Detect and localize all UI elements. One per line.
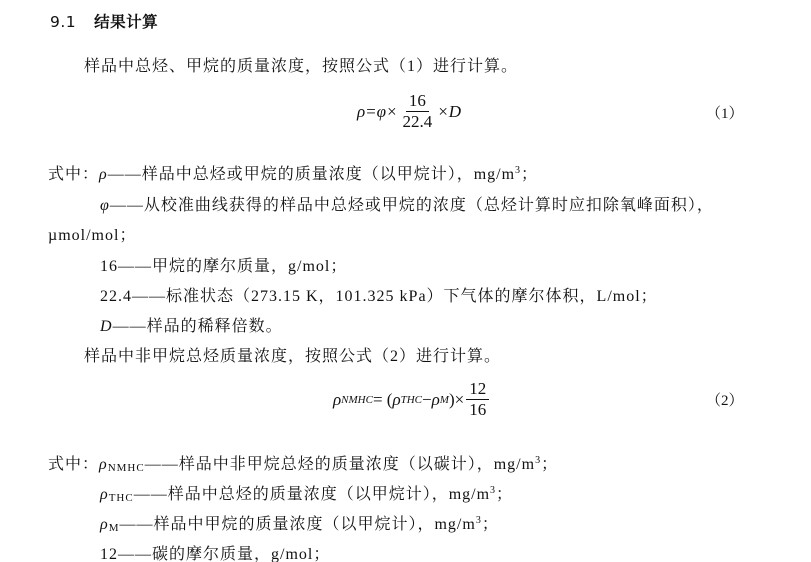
denominator: 16 (466, 400, 489, 419)
definition-text: ——甲烷的摩尔质量，g/mol； (118, 258, 347, 275)
operator: = ( (373, 390, 393, 410)
symbol: ρ (99, 456, 108, 473)
rho: ρ (392, 390, 400, 410)
punctuation: ； (541, 456, 558, 473)
definition-text: ——碳的摩尔质量，g/mol； (118, 546, 330, 562)
rho: ρ (333, 390, 341, 410)
equation-number-1: （1） (706, 102, 744, 123)
subscript: M (109, 522, 120, 534)
punctuation: ； (496, 486, 513, 503)
denominator: 22.4 (400, 112, 436, 131)
symbol: ρ (99, 166, 108, 183)
subscript: NMHC (108, 462, 145, 474)
where-label: 式中： (48, 456, 99, 473)
symbol: D (100, 318, 113, 335)
definition-rho-thc: ρTHC——样品中总烃的质量浓度（以甲烷计），mg/m3； (100, 481, 513, 504)
intro-paragraph-1: 样品中总烃、甲烷的质量浓度，按照公式（1）进行计算。 (84, 53, 518, 76)
punctuation: ； (482, 516, 499, 533)
subscript: M (440, 394, 449, 406)
formula-1-rhs: ×D (437, 102, 461, 122)
formula-1-lhs: ρ=φ× (357, 102, 398, 122)
symbol: ρ (100, 486, 109, 503)
equation-number-2: （2） (706, 389, 744, 410)
symbol: φ (100, 197, 110, 214)
definition-text: ——样品中非甲烷总烃的质量浓度（以碳计），mg/m (145, 456, 535, 473)
subscript: THC (401, 394, 422, 406)
symbol: 22.4 (100, 288, 132, 305)
symbol: 12 (100, 546, 118, 562)
section-title: 结果计算 (94, 13, 158, 31)
definition-text: ——从校准曲线获得的样品中总烃或甲烷的浓度（总烃计算时应扣除氧峰面积）， (110, 197, 714, 214)
symbol: 16 (100, 258, 118, 275)
intro-paragraph-2: 样品中非甲烷总烃质量浓度，按照公式（2）进行计算。 (84, 343, 501, 366)
definition-text: ——样品中总烃或甲烷的质量浓度（以甲烷计），mg/m (108, 166, 515, 183)
symbol: ρ (100, 516, 109, 533)
rho: ρ (432, 390, 440, 410)
formula-1-fraction: 16 22.4 (400, 92, 436, 131)
definition-text: ——样品的稀释倍数。 (113, 318, 283, 335)
numerator: 12 (466, 380, 489, 400)
formula-1: ρ=φ× 16 22.4 ×D (357, 92, 461, 131)
definition-phi: φ——从校准曲线获得的样品中总烃或甲烷的浓度（总烃计算时应扣除氧峰面积）， (100, 192, 714, 215)
formula-2: ρNMHC = ( ρTHC − ρM )× 12 16 (333, 380, 491, 419)
definition-22-4: 22.4——标准状态（273.15 K，101.325 kPa）下气体的摩尔体积… (100, 283, 658, 306)
subscript: NMHC (341, 394, 373, 406)
punctuation: ； (521, 166, 538, 183)
formula-2-fraction: 12 16 (466, 380, 489, 419)
section-number: 9.1 (50, 13, 76, 31)
subscript: THC (109, 492, 134, 504)
definition-text: ——样品中总烃的质量浓度（以甲烷计），mg/m (134, 486, 490, 503)
definition-rho-m: ρM——样品中甲烷的质量浓度（以甲烷计），mg/m3； (100, 511, 499, 534)
definition-D: D——样品的稀释倍数。 (100, 313, 283, 336)
definition-rho: 式中：ρ——样品中总烃或甲烷的质量浓度（以甲烷计），mg/m3； (48, 161, 538, 184)
definition-text: ——样品中甲烷的质量浓度（以甲烷计），mg/m (119, 516, 475, 533)
definition-rho-nmhc: 式中：ρNMHC——样品中非甲烷总烃的质量浓度（以碳计），mg/m3； (48, 451, 558, 474)
numerator: 16 (406, 92, 429, 112)
section-heading: 9.1结果计算 (50, 10, 158, 32)
where-label: 式中： (48, 166, 99, 183)
operator: − (422, 390, 432, 410)
definition-16: 16——甲烷的摩尔质量，g/mol； (100, 253, 347, 276)
definition-phi-unit: µmol/mol； (48, 222, 136, 245)
definition-12: 12——碳的摩尔质量，g/mol； (100, 541, 330, 562)
operator: )× (449, 390, 464, 410)
definition-text: ——标准状态（273.15 K，101.325 kPa）下气体的摩尔体积，L/m… (132, 288, 658, 305)
